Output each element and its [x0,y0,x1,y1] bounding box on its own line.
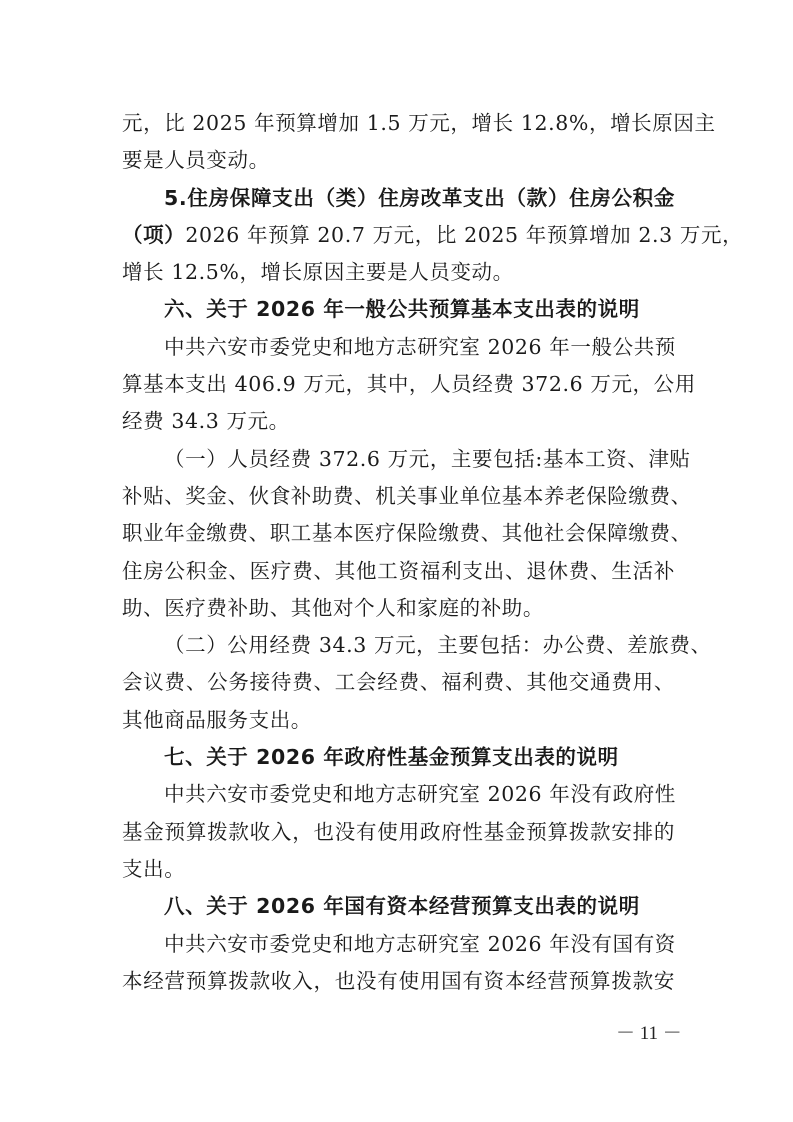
page-number: － 11 － [616,1018,682,1045]
paragraph-line: 补贴、奖金、伙食补助费、机关事业单位基本养老保险缴费、 [122,478,675,515]
paragraph-line: 要是人员变动。 [122,142,675,179]
paragraph-line: 会议费、公务接待费、工会经费、福利费、其他交通费用、 [122,664,675,701]
paragraph-line: 经费 34.3 万元。 [122,403,675,440]
paragraph-line: 其他商品服务支出。 [122,702,675,739]
item-5-title-line: 5.住房保障支出（类）住房改革支出（款）住房公积金 [122,180,675,217]
paragraph-line: 中共六安市委党史和地方志研究室 2026 年没有政府性 [122,776,675,813]
document-page: 元，比 2025 年预算增加 1.5 万元，增长 12.8%，增长原因主 要是人… [122,105,675,1000]
paragraph-line: 元，比 2025 年预算增加 1.5 万元，增长 12.8%，增长原因主 [122,105,675,142]
paragraph-line: 算基本支出 406.9 万元，其中，人员经费 372.6 万元，公用 [122,366,675,403]
paragraph-line: 支出。 [122,851,675,888]
paragraph-line: 中共六安市委党史和地方志研究室 2026 年没有国有资 [122,926,675,963]
paragraph-line: 增长 12.5%，增长原因主要是人员变动。 [122,254,675,291]
item-5-body-text: 2026 年预算 20.7 万元，比 2025 年预算增加 2.3 万元， [185,223,743,247]
paragraph-line: 住房公积金、医疗费、其他工资福利支出、退休费、生活补 [122,553,675,590]
section-7-heading: 七、关于 2026 年政府性基金预算支出表的说明 [122,739,675,776]
item-5-bold-lead: （项） [122,223,185,247]
paragraph-line: 中共六安市委党史和地方志研究室 2026 年一般公共预 [122,329,675,366]
public-cost-line: （二）公用经费 34.3 万元，主要包括：办公费、差旅费、 [122,627,675,664]
paragraph-line: 基金预算拨款收入，也没有使用政府性基金预算拨款安排的 [122,814,675,851]
paragraph-line: 助、医疗费补助、其他对个人和家庭的补助。 [122,590,675,627]
paragraph-line: 本经营预算拨款收入，也没有使用国有资本经营预算拨款安 [122,963,675,1000]
item-5-body-line: （项）2026 年预算 20.7 万元，比 2025 年预算增加 2.3 万元， [122,217,675,254]
paragraph-line: 职业年金缴费、职工基本医疗保险缴费、其他社会保障缴费、 [122,515,675,552]
personnel-cost-line: （一）人员经费 372.6 万元，主要包括:基本工资、津贴 [122,441,675,478]
section-8-heading: 八、关于 2026 年国有资本经营预算支出表的说明 [122,888,675,925]
section-6-heading: 六、关于 2026 年一般公共预算基本支出表的说明 [122,291,675,328]
